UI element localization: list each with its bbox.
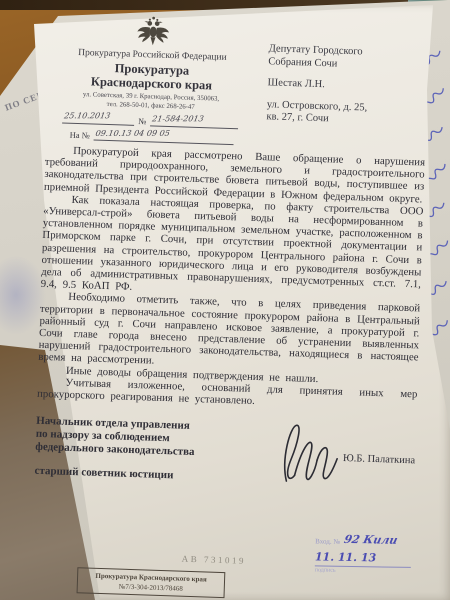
paragraph: Как показала настоящая проверка, по факт… bbox=[41, 193, 424, 303]
registry-stamp: Прокуратура Краснодарского края №7/3-304… bbox=[77, 567, 226, 597]
handwritten-incoming-ref: 09.10.13 04 09 05 bbox=[95, 129, 171, 138]
received-date-row: 11. 11. 13 bbox=[315, 547, 411, 568]
coat-of-arms-eagle-icon bbox=[135, 15, 172, 48]
received-date-handwritten: 11. 11. 13 bbox=[315, 550, 376, 564]
signer-rank: старший советник юстиции bbox=[34, 465, 414, 491]
received-number-handwritten: 92 Кили bbox=[343, 533, 399, 547]
number-line: 21-584-2013 bbox=[150, 115, 238, 129]
received-stamp: Вход. № 92 Кили 11. 11. 13 подпись bbox=[315, 532, 450, 575]
incoming-line: 09.10.13 04 09 05 bbox=[94, 130, 234, 146]
incoming-label: На № bbox=[69, 130, 89, 141]
org-address: ул. Советская, 39 г. Краснодар, Россия, … bbox=[47, 90, 255, 114]
addressee-block: Депутату Городского Собрания Сочи Шестак… bbox=[265, 43, 418, 151]
letter-header: Прокуратура Российской Федерации Прокура… bbox=[46, 6, 430, 152]
letterhead: Прокуратура Российской Федерации Прокура… bbox=[46, 12, 258, 146]
addressee-address: ул. Островского, д. 25, кв. 27, г. Сочи bbox=[266, 99, 417, 129]
handwritten-signature bbox=[276, 419, 352, 491]
handwritten-number: 21-584-2013 bbox=[151, 114, 204, 123]
incoming-ref-row: На № 09.10.13 04 09 05 bbox=[46, 128, 254, 146]
document-photo: ПО СЕВ bbox=[0, 0, 450, 600]
signer-name: Ю.Б. Палаткина bbox=[343, 452, 416, 467]
number-sign: № bbox=[138, 116, 146, 126]
date-line: 25.10.2013 bbox=[62, 112, 134, 125]
handwritten-date: 25.10.2013 bbox=[63, 111, 111, 120]
blank-form-number: АВ 731019 bbox=[182, 554, 247, 566]
addressee-title: Депутату Городского Собрания Сочи bbox=[268, 43, 419, 73]
letter-content: Прокуратура Российской Федерации Прокура… bbox=[34, 6, 430, 506]
outgoing-ref-row: 25.10.2013 № 21-584-2013 bbox=[46, 112, 254, 130]
org-name: Прокуратура Краснодарского края bbox=[47, 60, 256, 94]
paragraph: Необходимо отметить также, что в целях п… bbox=[38, 290, 420, 376]
received-label: Вход. № bbox=[315, 537, 340, 545]
signature-block: Начальник отдела управления по надзору з… bbox=[34, 415, 416, 506]
addressee-name: Шестак Л.Н. bbox=[267, 77, 417, 94]
received-number-row: Вход. № 92 Кили bbox=[315, 532, 450, 547]
letter-body: Прокуратурой края рассмотрено Ваше обращ… bbox=[37, 144, 425, 413]
